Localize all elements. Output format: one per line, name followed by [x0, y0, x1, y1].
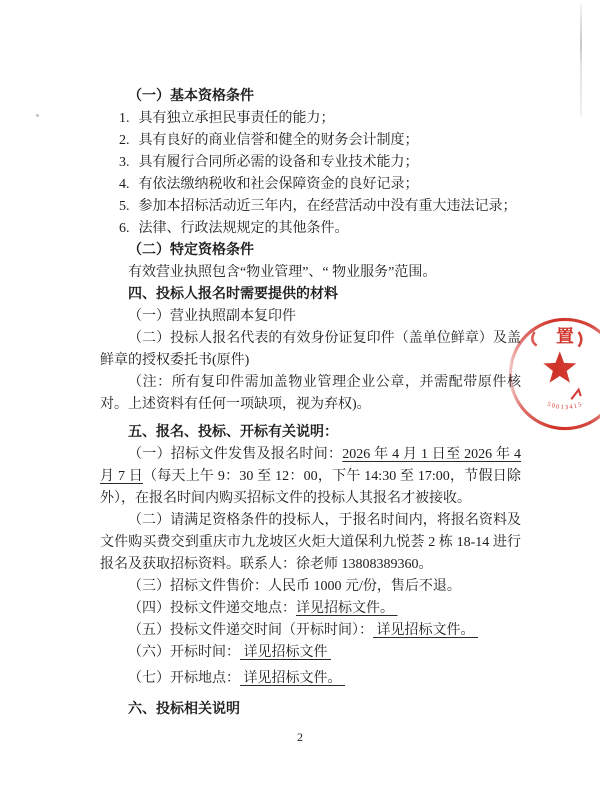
item-text: 法律、行政法规规定的其他条件。 — [139, 221, 349, 236]
item-text: 有依法缴纳税收和社会保障资金的良好记录； — [139, 177, 419, 192]
text-run: （七）开标地点： — [128, 671, 240, 686]
underlined-text: 详见招标文件。 — [373, 623, 478, 638]
text-run: （一）营业执照副本复印件 — [128, 309, 296, 324]
seal-border-circle — [510, 319, 600, 428]
paragraph: （一）营业执照副本复印件 — [100, 306, 521, 328]
section-heading: （二）特定资格条件 — [100, 240, 521, 262]
paragraph: （四）投标文件递交地点：详见招标文件。 — [100, 598, 521, 620]
text-run: （每天上午 9：30 至 12：00，下午 14:30 至 17:00，节假日除… — [100, 469, 521, 506]
numbered-item: 1.具有独立承担民事责任的能力； — [119, 108, 521, 130]
item-number: 1. — [119, 108, 130, 130]
seal-stroke-fragment — [571, 390, 580, 399]
numbered-item: 6.法律、行政法规规定的其他条件。 — [119, 218, 521, 240]
numbered-item: 2.具有良好的商业信誉和健全的财务会计制度； — [119, 130, 521, 152]
item-number: 5. — [119, 196, 130, 218]
item-number: 6. — [119, 218, 130, 240]
text-run: （注：所有复印件需加盖物业管理企业公章，并需配带原件核对。上述资料有任何一项缺项… — [100, 375, 521, 412]
paragraph: （二）投标人报名代表的有效身份证复印件（盖单位鲜章）及盖鲜章的授权委托书(原件) — [100, 328, 521, 372]
numbered-item: 5.参加本招标活动近三年内，在经营活动中没有重大违法记录； — [119, 196, 521, 218]
item-number: 3. — [119, 152, 130, 174]
paragraph: （三）招标文件售价：人民币 1000 元/份，售后不退。 — [100, 576, 521, 598]
text-run: （二）请满足资格条件的投标人，于报名时间内，将报名资料及文件购买费交到重庆市九龙… — [100, 513, 521, 572]
item-number: 2. — [119, 130, 130, 152]
paragraph: 有效营业执照包含“物业管理”、“ 物业服务”范围。 — [100, 262, 521, 284]
paragraph: （五）投标文件递交时间（开标时间）： 详见招标文件。 — [100, 620, 521, 642]
seal-star-icon — [543, 351, 576, 382]
paragraph: （七）开标地点： 详见招标文件。 — [100, 668, 521, 690]
paragraph: （六）开标时间： 详见招标文件 — [100, 642, 521, 664]
underlined-text: 详见招标文件 — [240, 645, 331, 660]
item-text: 参加本招标活动近三年内，在经营活动中没有重大违法记录； — [139, 199, 517, 214]
numbered-item: 4.有依法缴纳税收和社会保障资金的良好记录； — [119, 174, 521, 196]
seal-number: 50013415 — [546, 401, 584, 411]
underlined-text: 详见招标文件。 — [296, 601, 398, 616]
item-text: 具有独立承担民事责任的能力； — [139, 111, 335, 126]
scan-artifact-dot — [36, 114, 39, 117]
item-text: 具有履行合同所必需的设备和专业技术能力； — [139, 155, 419, 170]
item-number: 4. — [119, 174, 130, 196]
text-run: （一）招标文件发售及报名时间： — [128, 447, 342, 462]
text-run: （六）开标时间： — [128, 645, 240, 660]
section-heading: 四、投标人报名时需要提供的材料 — [100, 284, 521, 306]
item-text: 具有良好的商业信誉和健全的财务会计制度； — [139, 133, 419, 148]
text-run: （四）投标文件递交地点： — [128, 601, 296, 616]
svg-text:置: 置 — [556, 326, 574, 346]
document-content: （一）基本资格条件1.具有独立承担民事责任的能力；2.具有良好的商业信誉和健全的… — [100, 86, 521, 721]
paragraph: （二）请满足资格条件的投标人，于报名时间内，将报名资料及文件购买费交到重庆市九龙… — [100, 510, 521, 576]
paragraph: （注：所有复印件需加盖物业管理企业公章，并需配带原件核对。上述资料有任何一项缺项… — [100, 372, 521, 416]
text-run: 有效营业执照包含“物业管理”、“ 物业服务”范围。 — [128, 265, 436, 280]
underlined-text: 详见招标文件。 — [240, 671, 345, 686]
seal-character-fragment — [532, 332, 536, 346]
seal-top-text: 置 — [556, 326, 574, 346]
seal-character-fragment — [579, 332, 582, 347]
text-run: （三）招标文件售价：人民币 1000 元/份，售后不退。 — [128, 579, 461, 594]
section-heading: 五、报名、投标、开标有关说明： — [100, 422, 521, 444]
text-run: （二）投标人报名代表的有效身份证复印件（盖单位鲜章）及盖鲜章的授权委托书(原件) — [100, 331, 521, 368]
text-run: （五）投标文件递交时间（开标时间）： — [128, 623, 373, 638]
svg-text:50013415: 50013415 — [546, 401, 584, 411]
scan-artifact-line — [580, 4, 582, 116]
numbered-item: 3.具有履行合同所必需的设备和专业技术能力； — [119, 152, 521, 174]
page-number: 2 — [0, 730, 600, 745]
section-heading: （一）基本资格条件 — [100, 86, 521, 108]
document-page: （一）基本资格条件1.具有独立承担民事责任的能力；2.具有良好的商业信誉和健全的… — [0, 0, 600, 804]
section-heading: 六、投标相关说明 — [100, 699, 521, 721]
paragraph: （一）招标文件发售及报名时间：2026 年 4 月 1 日至 2026 年 4 … — [100, 444, 521, 510]
